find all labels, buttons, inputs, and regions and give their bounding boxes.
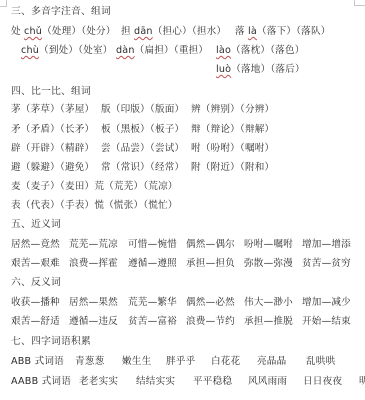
- polyphone-entry: lào（落枕）（落色）: [216, 45, 305, 57]
- pinyin: là: [248, 26, 257, 37]
- pinyin: dàn: [116, 45, 135, 56]
- section-heading-four-char: 七、四字词语积累: [11, 336, 91, 348]
- pinyin: luò: [216, 64, 231, 75]
- pinyin: lào: [216, 45, 231, 56]
- compare-row: 麦（麦子）（麦田）荒（荒芜）（荒凉）: [11, 181, 178, 193]
- page-corner-mark: [0, 0, 7, 7]
- pattern-label: AABB 式词语: [11, 376, 71, 388]
- section-heading-polyphones: 三、多音字注音、组词: [11, 6, 111, 18]
- polyphone-entry: 落 là（落下）（落队）: [235, 26, 331, 38]
- page-corner-mark: [354, 0, 365, 6]
- pinyin: chù: [21, 45, 39, 56]
- pattern-label: ABB 式词语: [11, 356, 64, 368]
- pinyin: dān: [134, 26, 153, 37]
- polyphone-entry: luò（落地）（落后）: [216, 64, 305, 76]
- section-heading-antonyms: 六、反义词: [11, 277, 61, 289]
- compare-row: 表（代表）（手表）慌（慌张）（慌忙）: [11, 200, 178, 212]
- polyphone-entry: dàn（扁担）（重担）: [116, 45, 208, 57]
- polyphone-entry: 担 dān（担心）（担水）: [121, 26, 226, 38]
- section-heading-compare: 四、比一比、组词: [11, 86, 91, 98]
- section-heading-synonyms: 五、近义词: [11, 219, 61, 231]
- polyphone-entry: chù（到处）（处室）: [21, 45, 113, 57]
- polyphone-entry: 处 chǔ（处理）（处分）: [11, 26, 116, 38]
- pinyin: chǔ: [24, 26, 42, 37]
